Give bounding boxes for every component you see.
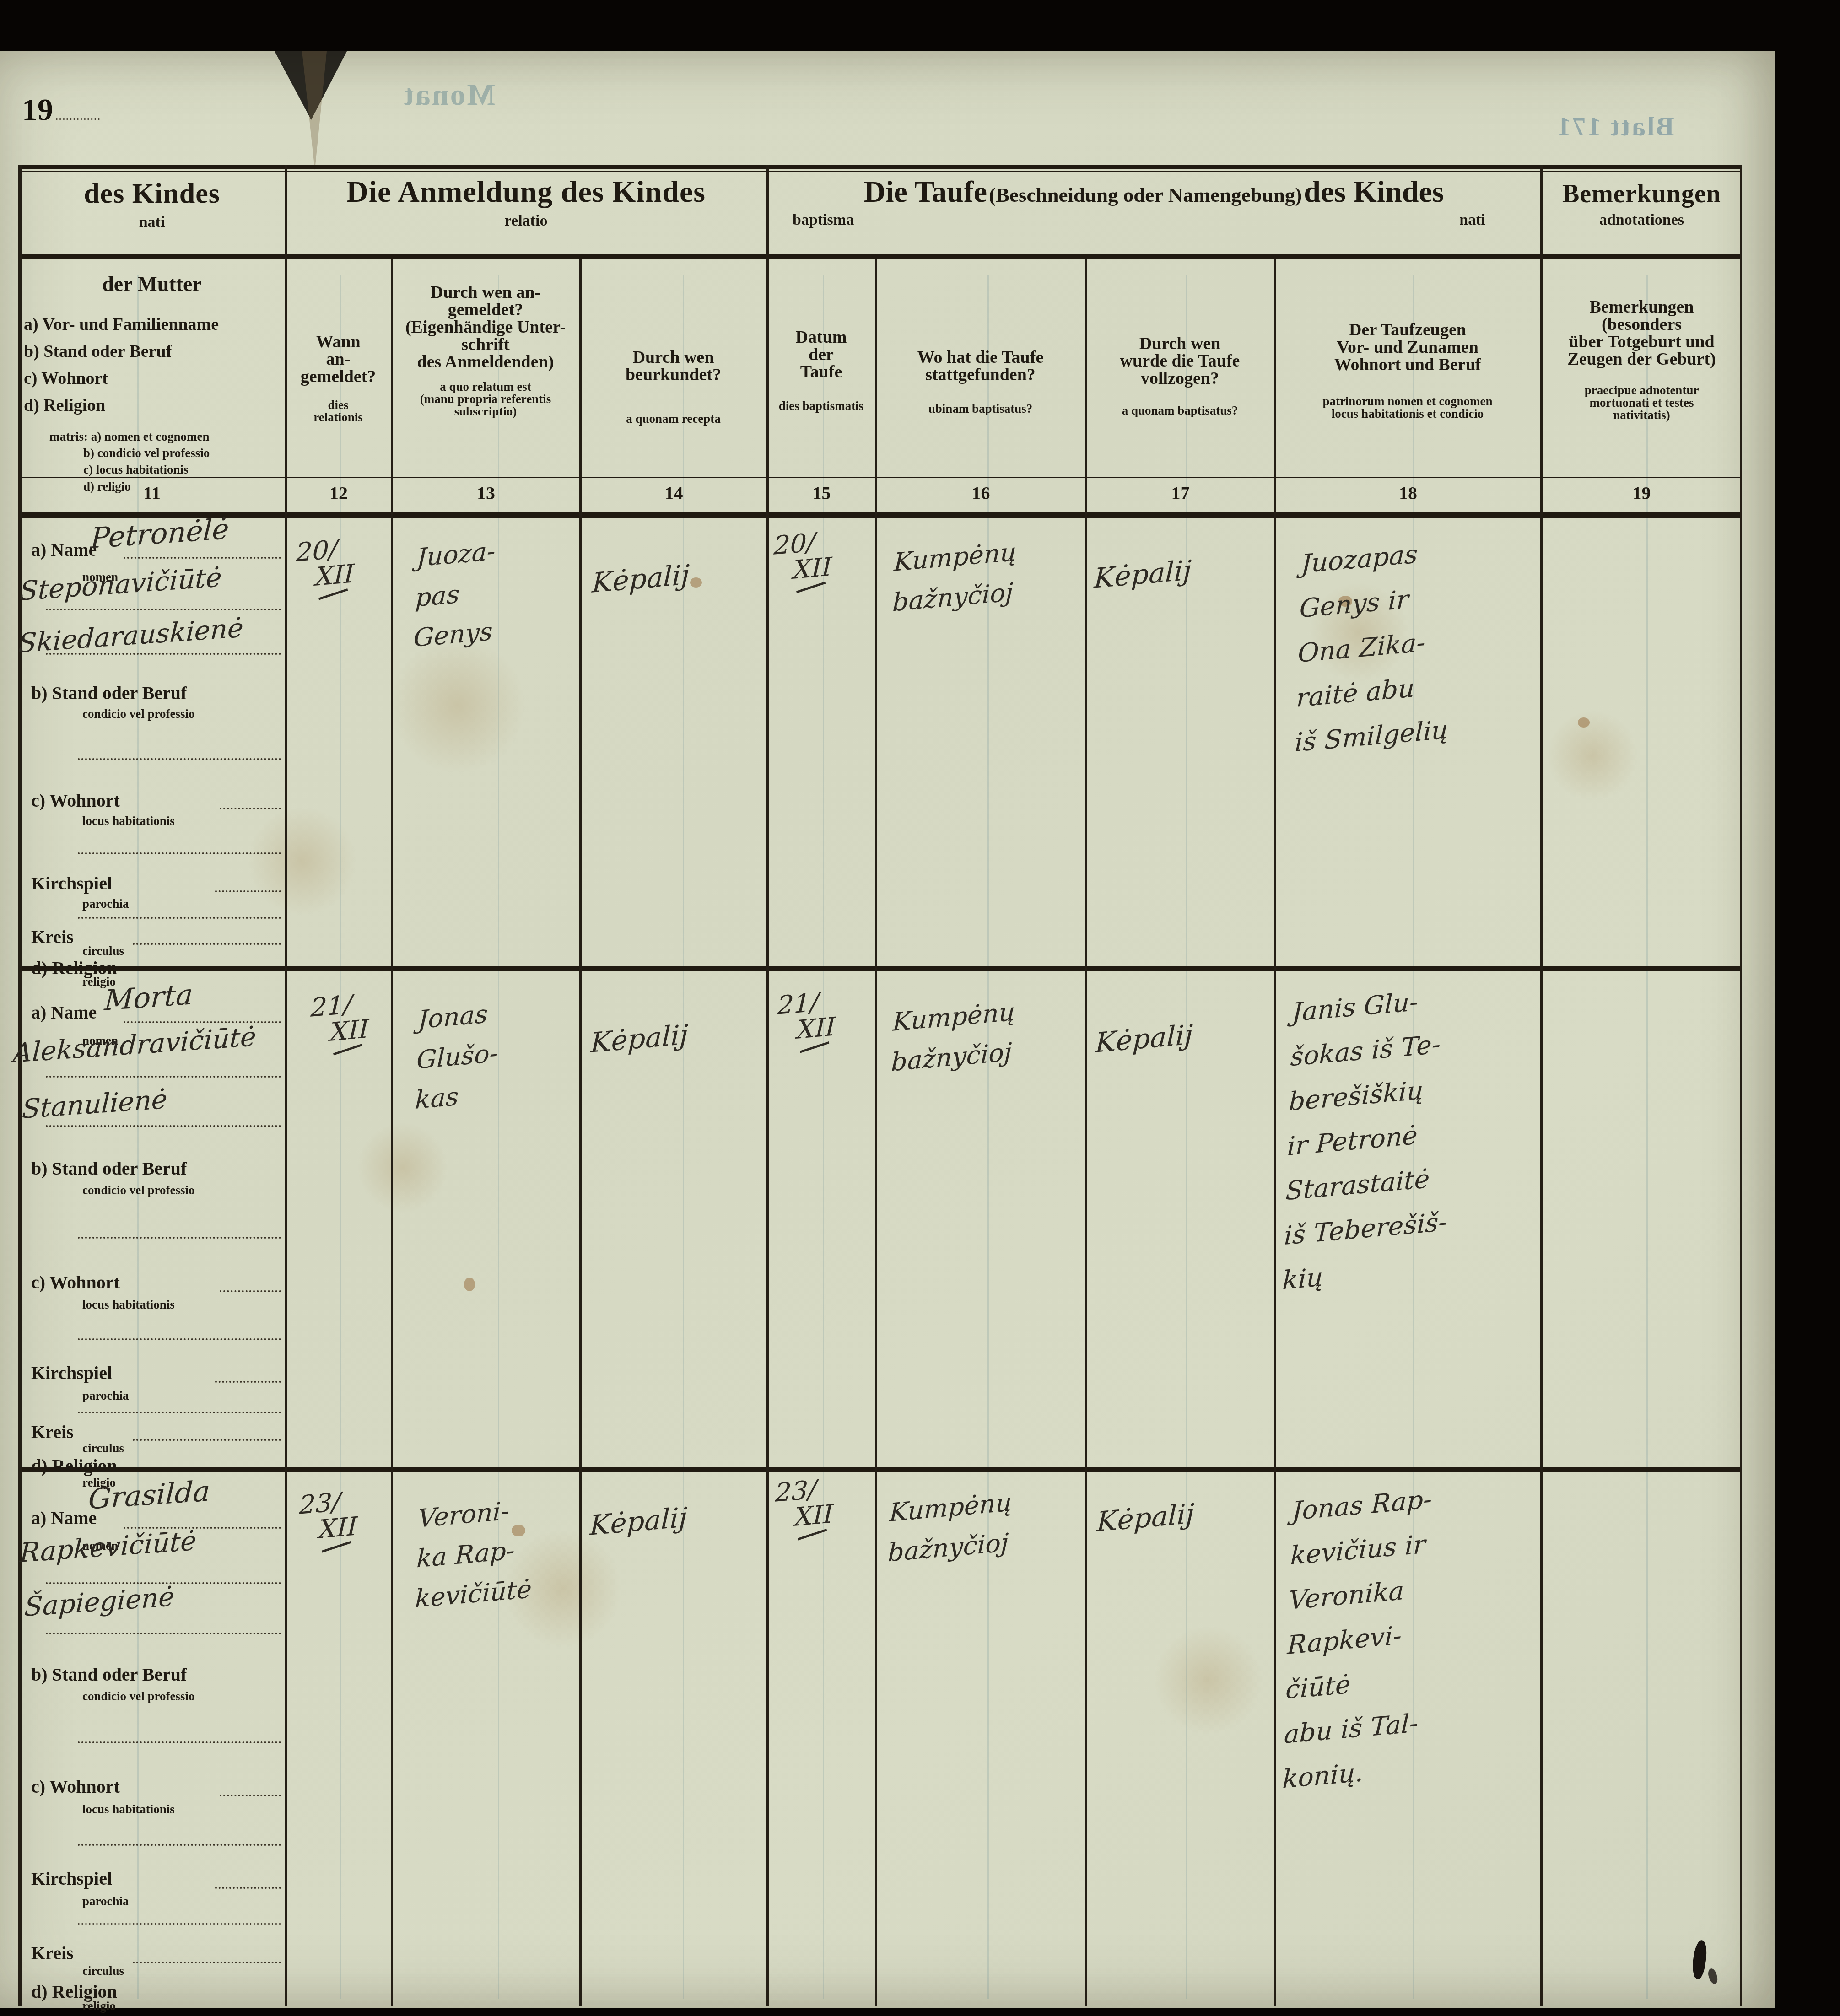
bleed-rule [340,275,341,1999]
dotted-line [78,1844,281,1846]
subheader-col19: Bemerkungen(besondersüber Totgeburt undZ… [1541,298,1742,421]
entry-taufe-datum: 20/XII [772,528,833,592]
dotted-line [46,1633,281,1634]
entry-anmeldung-datum: 23/XII [297,1488,359,1552]
dotted-line [124,1021,281,1023]
label-locus: locus habitationis [82,814,175,828]
label-wohnort: c) Wohnort [31,1272,120,1293]
label-kreis: Kreis [31,1421,74,1443]
header-taufe-kindes: des Kindes [1304,175,1444,209]
colnum-18: 18 [1275,482,1541,504]
label-name: a) Name [31,1507,97,1529]
column-line-15-16 [875,259,877,2006]
header-relatio: relatio [286,212,766,230]
col12-de: Wannan-gemeldet? [286,333,391,385]
dotted-line [78,1338,281,1340]
bleed-rule [1186,275,1187,1999]
entry-taufzeugen: Jonas Rap-kevičius irVeronikaRapkevi-čiū… [1282,1477,1433,1802]
dotted-line [78,1741,281,1743]
bleed-rule [987,275,989,1999]
dotted-line [133,943,281,945]
entry-taufzeugen: JuozapasGenys irOna Zika-raitė abuiš Smi… [1294,529,1455,765]
dotted-line [215,890,281,892]
colnum-19: 19 [1541,482,1742,504]
label-kreis: Kreis [31,1942,74,1964]
col19-de: Bemerkungen(besondersüber Totgeburt undZ… [1541,298,1742,368]
dotted-line [215,1887,281,1889]
col15-de: DatumderTaufe [767,329,875,381]
label-circulus: circulus [82,1441,124,1455]
label-locus: locus habitationis [82,1802,175,1817]
dotted-line [215,1381,281,1383]
column-line-18-19 [1540,165,1543,2006]
label-religio: religio [82,1999,116,2013]
colnum-14: 14 [580,482,767,504]
entry-taufe-ort: Kumpėnųbažnyčioj [892,532,1017,623]
entry-taufe-datum: 23/XII [773,1475,835,1539]
col12-la: diesrelationis [286,399,391,424]
table-top-rule [18,165,1742,169]
entry-taufe-ort: Kumpėnųbažnyčioj [887,1482,1013,1573]
label-stand: b) Stand oder Beruf [31,1664,187,1685]
column-line-14-15 [766,165,769,2006]
header-group-des-kindes: des Kindes nati [18,178,286,231]
bleed-rule [683,275,684,1999]
dotted-line [78,758,281,760]
group-separator-rule [18,254,1742,259]
colnum-12: 12 [286,482,392,504]
subheader-col17: Durch wenwurde die Taufevollzogen? a quo… [1086,335,1274,417]
dotted-line [124,557,281,559]
dotted-line [78,917,281,919]
label-locus: locus habitationis [82,1298,175,1312]
label-parochia: parochia [82,1389,129,1403]
label-wohnort: c) Wohnort [31,790,120,811]
colnum-11: 11 [18,482,286,504]
subheader-col16: Wo hat die Taufestattgefunden? ubinam ba… [876,349,1085,415]
dotted-line [78,1412,281,1413]
column-line-12-13 [391,259,393,2006]
bleed-rule [498,275,499,1999]
col14-la: a quonam recepta [580,413,766,425]
label-parochia: parochia [82,1894,129,1908]
dotted-line [78,852,281,854]
entry-taufe-ort: Kumpėnųbažnyčioj [890,992,1016,1083]
entry-taufzeugen: Janis Glu-šokas iš Te-berešiškiųir Petro… [1282,976,1456,1303]
col11-de-lines: a) Vor- und Familiennameb) Stand oder Be… [24,311,280,419]
col13-de: Durch wen an-gemeldet?(Eigenhändige Unte… [392,284,579,371]
col18-la: patrinorum nomen et cognomenlocus habita… [1275,395,1540,420]
subheader-col18: Der TaufzeugenVor- und ZunamenWohnort un… [1275,321,1540,420]
label-stand: b) Stand oder Beruf [31,1158,187,1179]
table-right-border [1740,165,1742,2006]
header-bemerkungen: Bemerkungen [1541,179,1742,209]
col17-de: Durch wenwurde die Taufevollzogen? [1086,335,1274,387]
label-name: a) Name [31,539,97,561]
subheader-col14: Durch wenbeurkundet? a quonam recepta [580,349,766,425]
page-number: 19 [22,92,53,127]
rust-spot [1578,717,1590,728]
header-taufe-paren: (Beschneidung oder Namengebung) [989,183,1302,206]
page-number-dotted-line [56,94,100,120]
col18-de: Der TaufzeugenVor- und ZunamenWohnort un… [1275,321,1540,373]
entry-anmeldung-datum: 21/XII [309,990,370,1054]
col16-de: Wo hat die Taufestattgefunden? [876,349,1085,383]
stain [389,637,526,774]
colnum-17: 17 [1086,482,1275,504]
header-adnotationes: adnotationes [1541,211,1742,229]
header-baptisma: baptisma [793,211,854,229]
col17-la: a quonam baptisatus? [1086,404,1274,417]
col11-title: der Mutter [24,274,280,295]
header-taufe: Die Taufe [863,175,987,209]
header-des-kindes: des Kindes [18,178,286,210]
label-kreis: Kreis [31,926,74,948]
header-group-anmeldung: Die Anmeldung des Kindes relatio [286,175,766,230]
label-name: a) Name [31,1002,97,1023]
col15-la: dies baptismatis [767,400,875,412]
bleed-through-blatt-number: Blatt 171 [1556,111,1674,142]
stain [357,1122,448,1213]
label-condicio: condicio vel professio [82,707,195,721]
header-nati-right: nati [1459,211,1485,229]
header-group-bemerkungen: Bemerkungen adnotationes [1541,179,1742,229]
header-group-taufe: Die Taufe (Beschneidung oder Namengebung… [767,175,1540,232]
dotted-line [220,808,281,809]
label-kirchspiel: Kirchspiel [31,1868,112,1889]
entry-anmelder: Juoza-pasGenys [413,531,496,658]
colnum-13: 13 [392,482,580,504]
entry-anmeldung-datum: 20/XII [294,535,356,599]
stain [1153,1625,1263,1735]
table-top-rule-thin [18,171,1742,172]
colnum-15: 15 [767,482,876,504]
page-number-block: 19 [22,92,100,128]
label-condicio: condicio vel professio [82,1183,195,1197]
header-nati: nati [18,214,286,231]
label-wohnort: c) Wohnort [31,1776,120,1797]
header-anmeldung: Die Anmeldung des Kindes [286,175,766,210]
subheader-col13: Durch wen an-gemeldet?(Eigenhändige Unte… [392,284,579,418]
dotted-line [78,1237,281,1239]
column-line-13-14 [579,259,582,2006]
dotted-line [46,609,281,610]
label-kirchspiel: Kirchspiel [31,873,112,894]
paper-tear-shadow [302,51,327,170]
column-line-16-17 [1085,259,1087,2006]
dotted-line [133,1962,281,1963]
col19-la: praecipue adnotenturmortuonati et testes… [1541,384,1742,421]
rust-spot [690,577,702,588]
col13-la: a quo relatum est(manu propria referenti… [392,381,579,418]
dotted-line [78,1923,281,1925]
row1-bottom-rule [18,966,1742,971]
dotted-line [46,1125,281,1127]
label-kirchspiel: Kirchspiel [31,1362,112,1384]
dotted-line [220,1290,281,1292]
rust-spot [464,1278,475,1291]
dotted-line [46,1076,281,1078]
entry-anmelder: Veroni-ka Rap-kevičiūtė [415,1488,535,1619]
stain [1547,710,1638,802]
label-circulus: circulus [82,944,124,958]
subheader-col15: DatumderTaufe dies baptismatis [767,329,875,412]
col16-la: ubinam baptisatus? [876,403,1085,415]
subheader-col11: der Mutter a) Vor- und Familiennameb) St… [24,274,280,495]
label-condicio: condicio vel professio [82,1689,195,1703]
dotted-line [220,1795,281,1796]
colnum-16: 16 [876,482,1086,504]
col14-de: Durch wenbeurkundet? [580,349,766,383]
label-circulus: circulus [82,1964,124,1978]
column-line-17-18 [1274,259,1276,2006]
scanned-register-page: 19 Monat Blatt 171 des Kindes nati Die A… [0,0,1840,2016]
bleed-rule [1646,275,1648,1999]
entry-taufe-datum: 21/XII [776,988,837,1052]
number-row-bottom-rule [18,512,1742,518]
bleed-through-monat: Monat [403,78,495,113]
label-parochia: parochia [82,897,129,911]
dotted-line [133,1439,281,1441]
subheader-col12: Wannan-gemeldet? diesrelationis [286,333,391,424]
row2-bottom-rule [18,1467,1742,1472]
entry-anmelder: JonasGlušo-kas [415,993,500,1120]
label-stand: b) Stand oder Beruf [31,682,187,704]
entry-mother-name: Morta [103,978,194,1017]
